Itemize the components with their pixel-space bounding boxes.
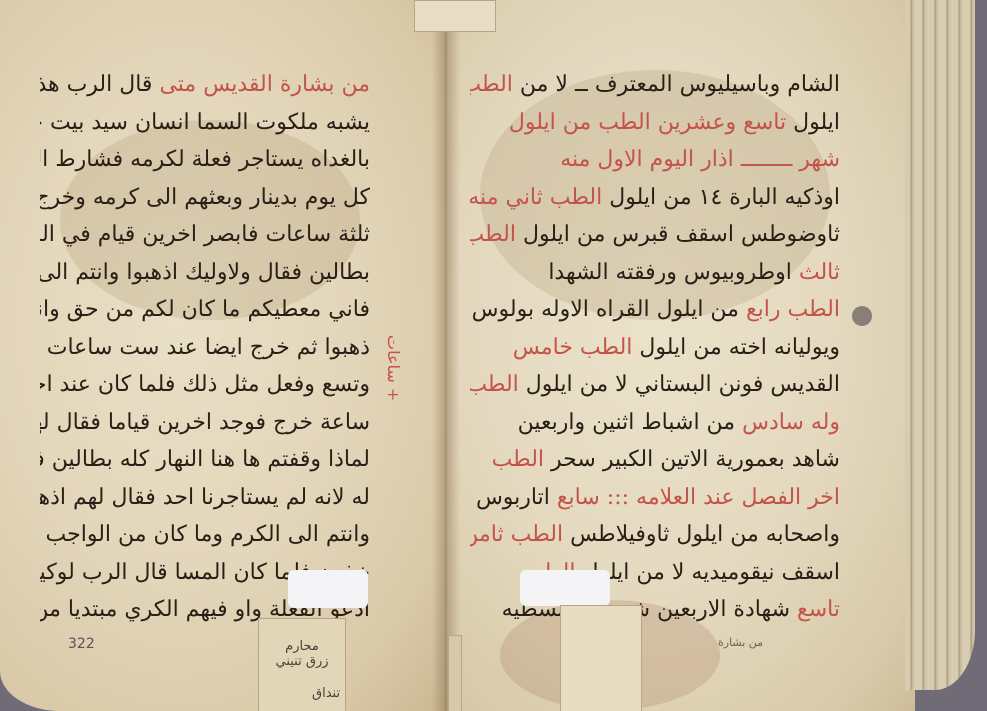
text-line: شهر ــــــــ اذار اليوم الاول منه (470, 141, 840, 179)
text-line: يشبه ملكوت السما انسان سيد بيت خرج (40, 104, 370, 142)
text-line: شاهد بعمورية الاتين الكبير سحر الطب (470, 441, 840, 479)
paper-damage (520, 570, 610, 606)
slip-text: زرق تنيني (259, 654, 345, 669)
bottom-note: تنداق (312, 686, 340, 701)
text-line: واصحابه من ايلول ثاوفيلاطس الطب ثامن (470, 516, 840, 554)
text-line: ويوليانه اخته من ايلول الطب خامس (470, 329, 840, 367)
text-line: من بشارة القديس متى قال الرب هذا المثل (40, 66, 370, 104)
ink-spot (852, 306, 872, 326)
folio-number: 322 (68, 636, 95, 652)
text-line: وتسع وفعل مثل ذلك فلما كان عند احد عشر (40, 366, 370, 404)
text-line: بالغداه يستاجر فعلة لكرمه فشارط الفعله (40, 141, 370, 179)
text-line: فاني معطيكم ما كان لكم من حق وانهم (40, 291, 370, 329)
text-line: ثلثة ساعات فابصر اخرين قيام في السوق (40, 216, 370, 254)
margin-note: ساعات + (384, 335, 403, 401)
text-line: لماذا وقفتم ها هنا النهار كله بطالين فقا… (40, 441, 370, 479)
manuscript-photo: من بشارة القديس متى قال الرب هذا المثل ي… (0, 0, 987, 711)
text-line: اوذكيه البارة ١٤ من ايلول الطب ثاني منه (470, 179, 840, 217)
text-line: وله سادس من اشباط اثنين واربعين (470, 404, 840, 442)
text-line: كل يوم بدينار وبعثهم الى كرمه وخرج عند (40, 179, 370, 217)
text-line: القديس فونن البستاني لا من ايلول الطب (470, 366, 840, 404)
slip-text: محارم (259, 639, 345, 654)
text-line: اخر الفصل عند العلامه ::: سابع اتاربوس (470, 479, 840, 517)
right-page-text: الشام وباسيليوس المعترف ــ لا من الطب اي… (470, 66, 840, 629)
text-line: وانتم الى الكرم وما كان من الواجب لكم تس… (40, 516, 370, 554)
left-page-text: من بشارة القديس متى قال الرب هذا المثل ي… (40, 66, 370, 629)
text-line: له لانه لم يستاجرنا احد فقال لهم اذهبوا (40, 479, 370, 517)
top-paper-tab (414, 0, 496, 32)
text-line: ثاوضوطس اسقف قبرس من ايلول الطب (470, 216, 840, 254)
text-line: بطالين فقال ولاوليك اذهبوا وانتم الى كرم… (40, 254, 370, 292)
catchword-note: من بشارة (718, 636, 763, 649)
paper-slip (560, 605, 642, 711)
text-line: ذهبوا ثم خرج ايضا عند ست ساعات (40, 329, 370, 367)
text-line: ساعة خرج فوجد اخرين قياما فقال لهم (40, 404, 370, 442)
page-edges (905, 0, 975, 690)
text-line: ثالث اوطروبيوس ورفقته الشهدا (470, 254, 840, 292)
book-gutter (432, 0, 460, 711)
gutter-slip (448, 635, 462, 711)
text-line: الطب رابع من ايلول القراه الاوله بولوس (470, 291, 840, 329)
text-line: ايلول تاسع وعشرين الطب من ايلول (470, 104, 840, 142)
paper-damage (288, 570, 368, 608)
text-line: الشام وباسيليوس المعترف ــ لا من الطب (470, 66, 840, 104)
